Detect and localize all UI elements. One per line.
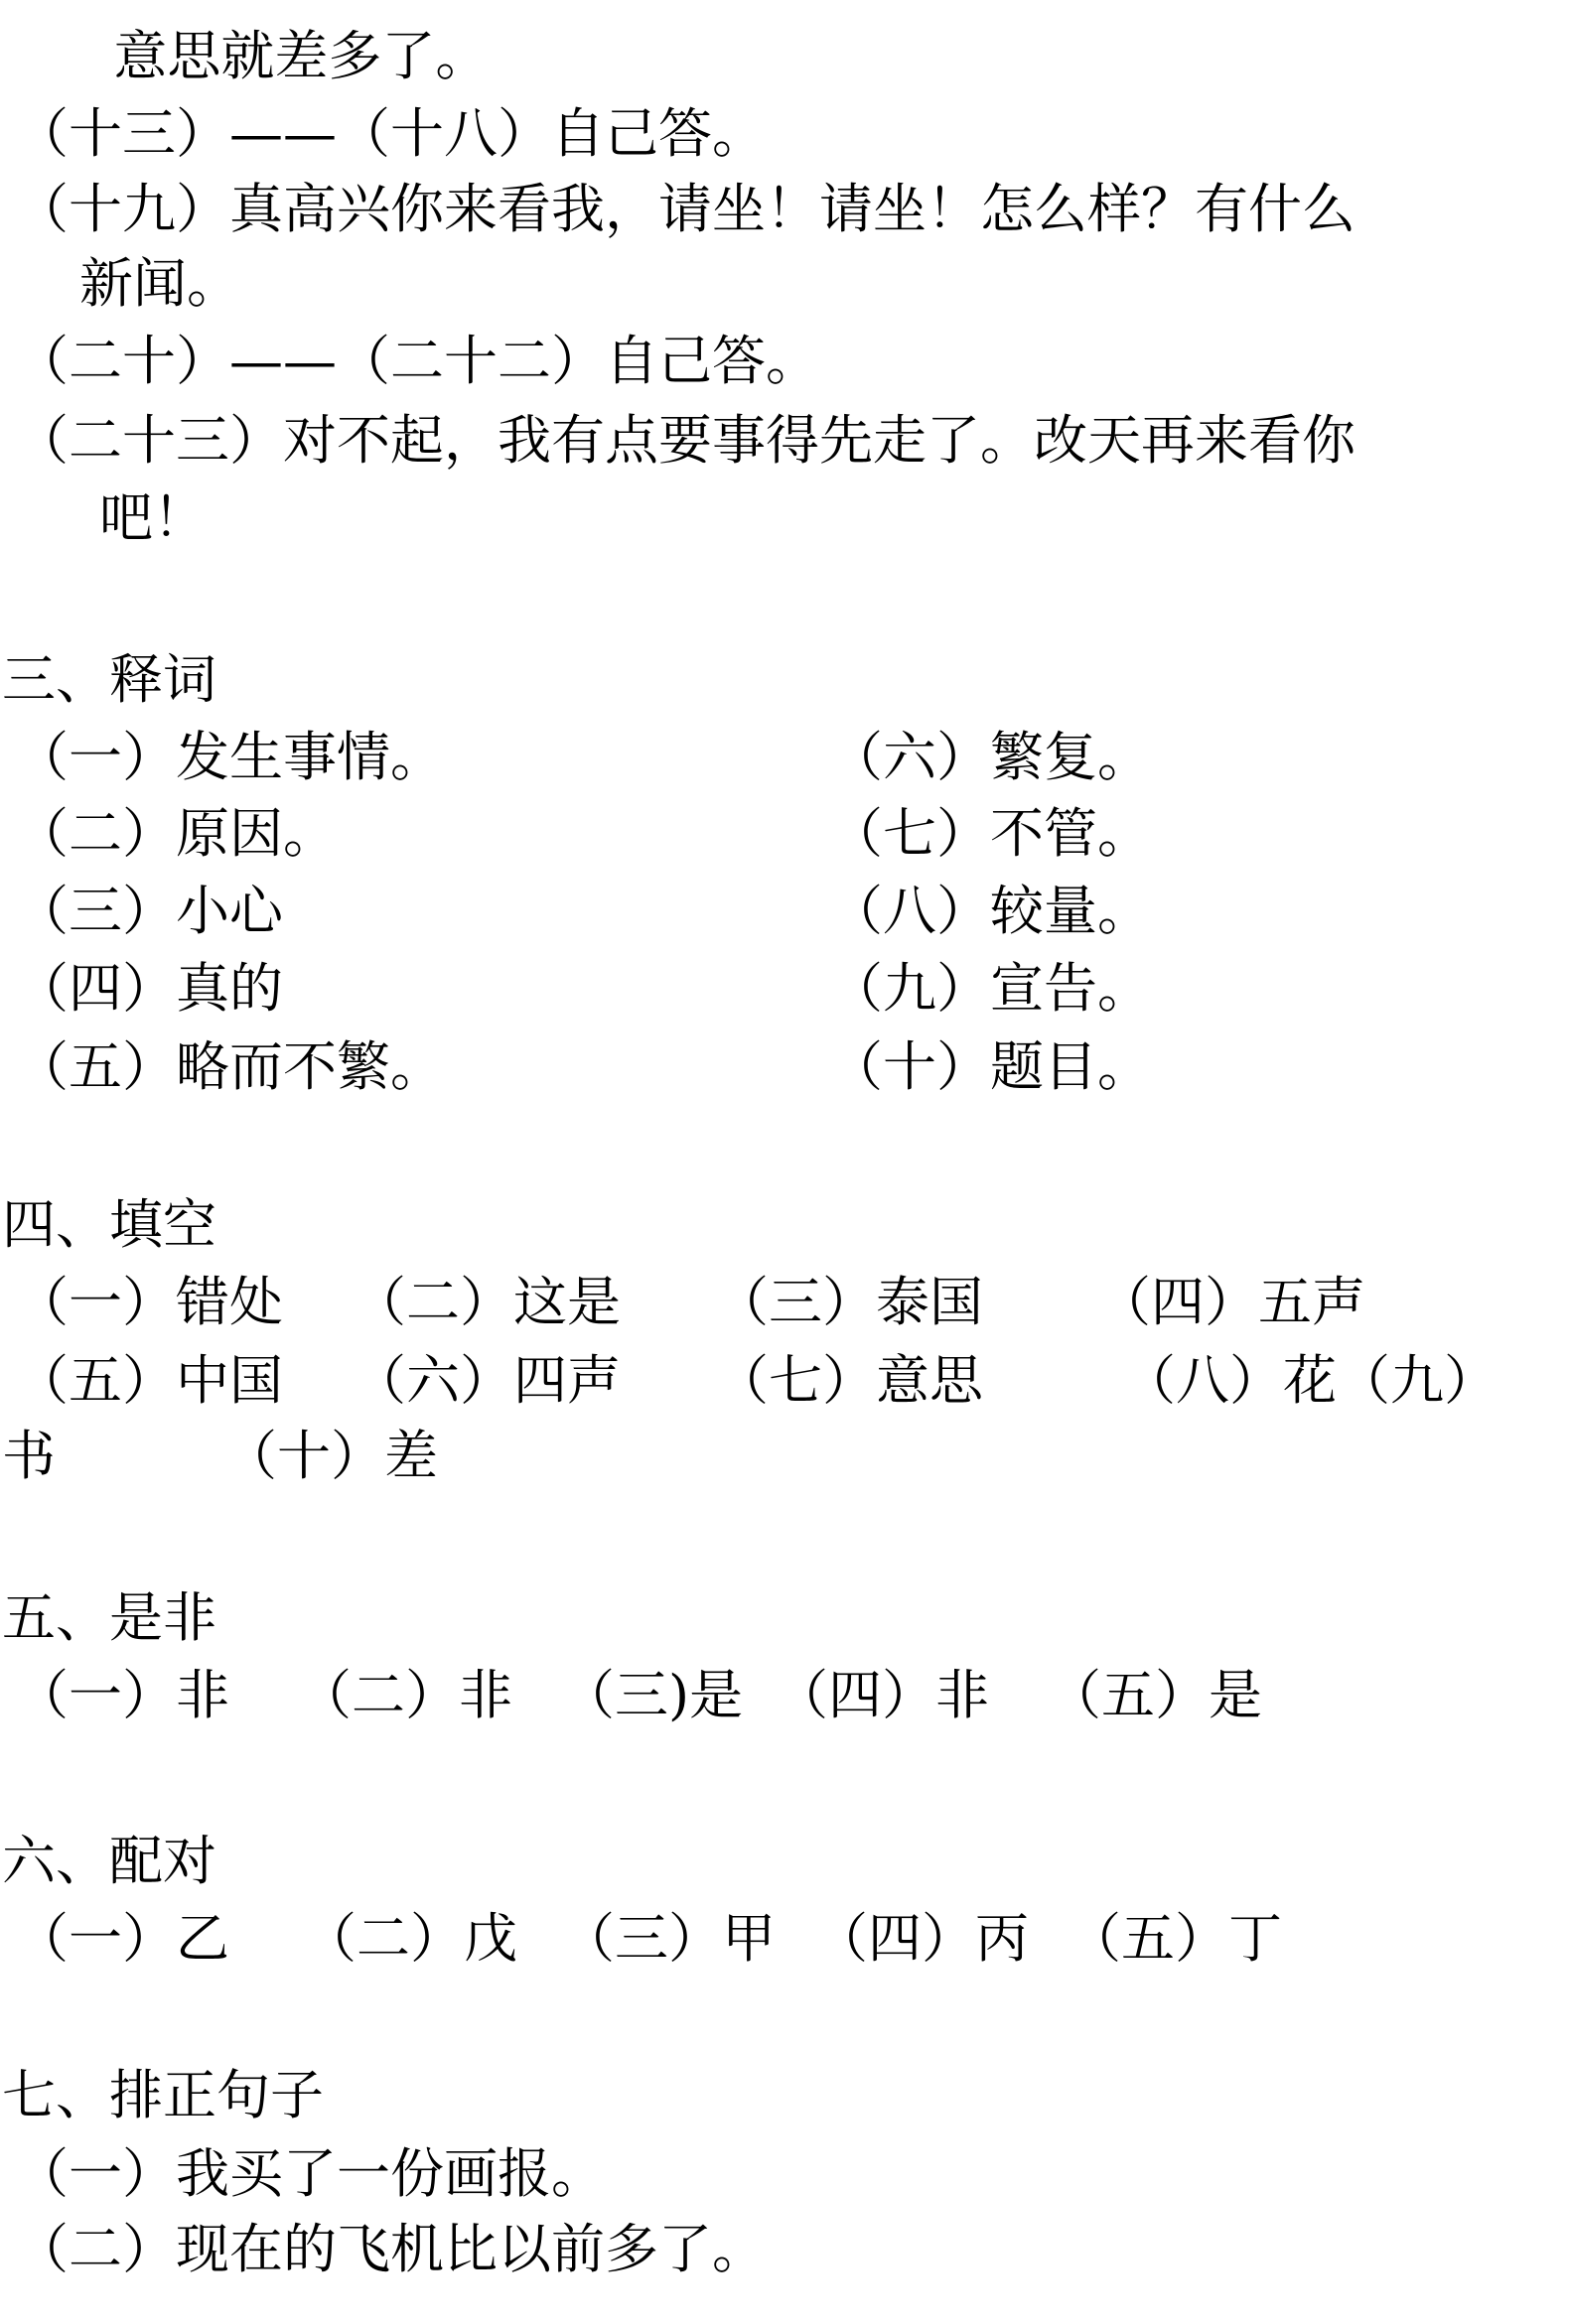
answer-line: （十三）——（十八）自己答。	[15, 95, 766, 173]
sentence-answer: （二）现在的飞机比以前多了。	[15, 2211, 766, 2288]
answer-line: 吧！	[99, 479, 207, 557]
sentence-answer: （一）我买了一份画报。	[15, 2135, 605, 2213]
definition-item: （一）发生事情。	[15, 719, 444, 796]
definition-item: （十）题目。	[829, 1028, 1151, 1106]
section-title: 四、填空	[2, 1186, 216, 1264]
fill-answer: （十）差	[223, 1418, 438, 1495]
matching-answer: （二）戊	[303, 1900, 517, 1978]
fill-answer: （四）五声	[1097, 1264, 1365, 1341]
matching-answer: （五）丁	[1068, 1900, 1282, 1978]
matching-answer: （一）乙	[15, 1900, 229, 1978]
true-false-answer: （四）非	[775, 1657, 989, 1734]
section-title: 七、排正句子	[2, 2057, 324, 2134]
section-title: 三、释词	[2, 641, 216, 719]
fill-answer: （六）四声	[353, 1342, 621, 1420]
fill-answer: （三）泰国	[715, 1264, 983, 1341]
answer-line: 新闻。	[79, 245, 240, 323]
answer-line: （十九）真高兴你来看我，请坐！请坐！怎么样？有什么	[15, 171, 1355, 248]
true-false-answer: （三)是	[561, 1657, 743, 1734]
definition-item: （四）真的	[15, 950, 283, 1027]
section-title: 六、配对	[2, 1823, 216, 1900]
definition-item: （八）较量。	[829, 873, 1151, 950]
true-false-answer: （一）非	[15, 1657, 229, 1734]
fill-answer: （五）中国	[15, 1342, 283, 1420]
true-false-answer: （五）是	[1048, 1657, 1262, 1734]
fill-answer: 书	[2, 1418, 56, 1495]
matching-answer: （三）甲	[561, 1900, 776, 1978]
definition-item: （六）繁复。	[829, 719, 1151, 796]
fill-answer: （一）错处	[15, 1264, 283, 1341]
definition-item: （三）小心	[15, 873, 283, 950]
matching-answer: （四）丙	[814, 1900, 1029, 1978]
answer-line: （二十三）对不起，我有点要事得先走了。改天再来看你	[15, 402, 1355, 479]
section-title: 五、是非	[2, 1579, 216, 1657]
fill-answer: （二）这是	[353, 1264, 621, 1341]
definition-item: （五）略而不繁。	[15, 1028, 444, 1106]
definition-item: （二）原因。	[15, 795, 337, 873]
fill-answer: （八）花（九）	[1122, 1342, 1498, 1420]
definition-item: （七）不管。	[829, 795, 1151, 873]
definition-item: （九）宣告。	[829, 950, 1151, 1027]
answer-line: 意思就差多了。	[79, 18, 489, 95]
true-false-answer: （二）非	[298, 1657, 512, 1734]
answer-line: （二十）——（二十二）自己答。	[15, 323, 819, 400]
fill-answer: （七）意思	[715, 1342, 983, 1420]
